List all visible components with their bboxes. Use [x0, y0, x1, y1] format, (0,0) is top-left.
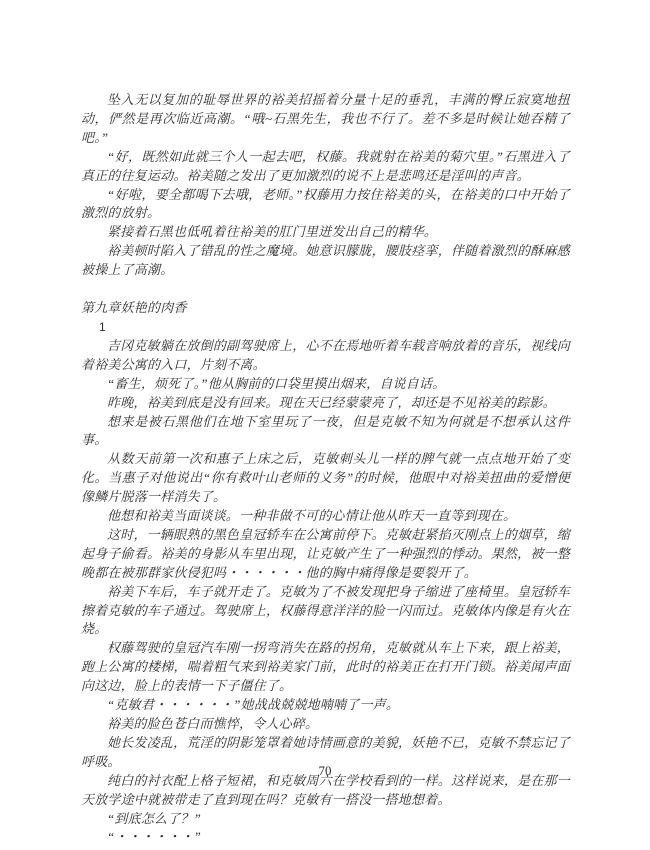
text-content: 坠入无以复加的耻辱世界的裕美招摇着分量十足的垂乳，丰满的臀丘寂寞地扭动，俨然是再… — [81, 91, 570, 847]
page-number: 70 — [0, 763, 650, 779]
paragraph: 这时，一辆眼熟的黑色皇冠轿车在公寓前停下。克敏赶紧掐灭刚点上的烟草，缩起身子偷看… — [81, 526, 570, 583]
paragraph: 他想和裕美当面谈谈。一种非做不可的心情让他从昨天一直等到现在。 — [81, 507, 570, 526]
paragraph: 权藤驾驶的皇冠汽车刚一拐弯消失在路的拐角，克敏就从车上下来，跟上裕美，跑上公寓的… — [81, 639, 570, 696]
document-page: 坠入无以复加的耻辱世界的裕美招摇着分量十足的垂乳，丰满的臀丘寂寞地扭动，俨然是再… — [0, 0, 650, 850]
paragraph: “畜生，烦死了。”他从胸前的口袋里摸出烟来，自说自话。 — [81, 375, 570, 394]
paragraph: 从数天前第一次和惠子上床之后，克敏刺头儿一样的脾气就一点点地开始了变化。当惠子对… — [81, 450, 570, 507]
paragraph: 紧接着石黑也低吼着往裕美的肛门里迸发出自己的精华。 — [81, 223, 570, 242]
paragraph: 昨晚，裕美到底是没有回来。现在天已经蒙蒙亮了，却还是不见裕美的踪影。 — [81, 394, 570, 413]
paragraph: “・・・・・・” — [81, 828, 570, 847]
paragraph: “到底怎么了？” — [81, 810, 570, 829]
paragraph: 裕美顿时陷入了错乱的性之魔境。她意识朦胧，腰肢痉挛，伴随着激烈的酥麻感被操上了高… — [81, 242, 570, 280]
paragraph: 裕美的脸色苍白而憔悴，令人心碎。 — [81, 715, 570, 734]
paragraph: “好，既然如此就三个人一起去吧，权藤。我就射在裕美的菊穴里。”石黑进入了真正的往… — [81, 148, 570, 186]
paragraph: “克敏君・・・・・・”她战战兢兢地喃喃了一声。 — [81, 696, 570, 715]
paragraph: “好啦，要全都喝下去哦，老师。”权藤用力按住裕美的头，在裕美的口中开始了激烈的放… — [81, 186, 570, 224]
section-number: 1 — [81, 318, 570, 337]
paragraph: 想来是被石黑他们在地下室里玩了一夜，但是克敏不知为何就是不想承认这件事。 — [81, 413, 570, 451]
paragraph: 坠入无以复加的耻辱世界的裕美招摇着分量十足的垂乳，丰满的臀丘寂寞地扭动，俨然是再… — [81, 91, 570, 148]
paragraph: 吉冈克敏躺在放倒的副驾驶席上，心不在焉地听着车载音响放着的音乐，视线向着裕美公寓… — [81, 337, 570, 375]
paragraph: 裕美下车后，车子就开走了。克敏为了不被发现把身子缩进了座椅里。皇冠轿车擦着克敏的… — [81, 583, 570, 640]
chapter-heading: 第九章妖艳的肉香 — [81, 299, 570, 318]
